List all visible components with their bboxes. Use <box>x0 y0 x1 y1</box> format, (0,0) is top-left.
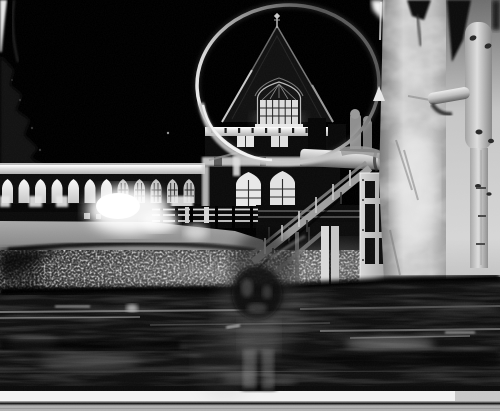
photo-canvas <box>0 0 500 411</box>
photograph: Black-and-white photographic negative: a… <box>0 0 500 411</box>
film-grain-overlay <box>0 0 500 411</box>
